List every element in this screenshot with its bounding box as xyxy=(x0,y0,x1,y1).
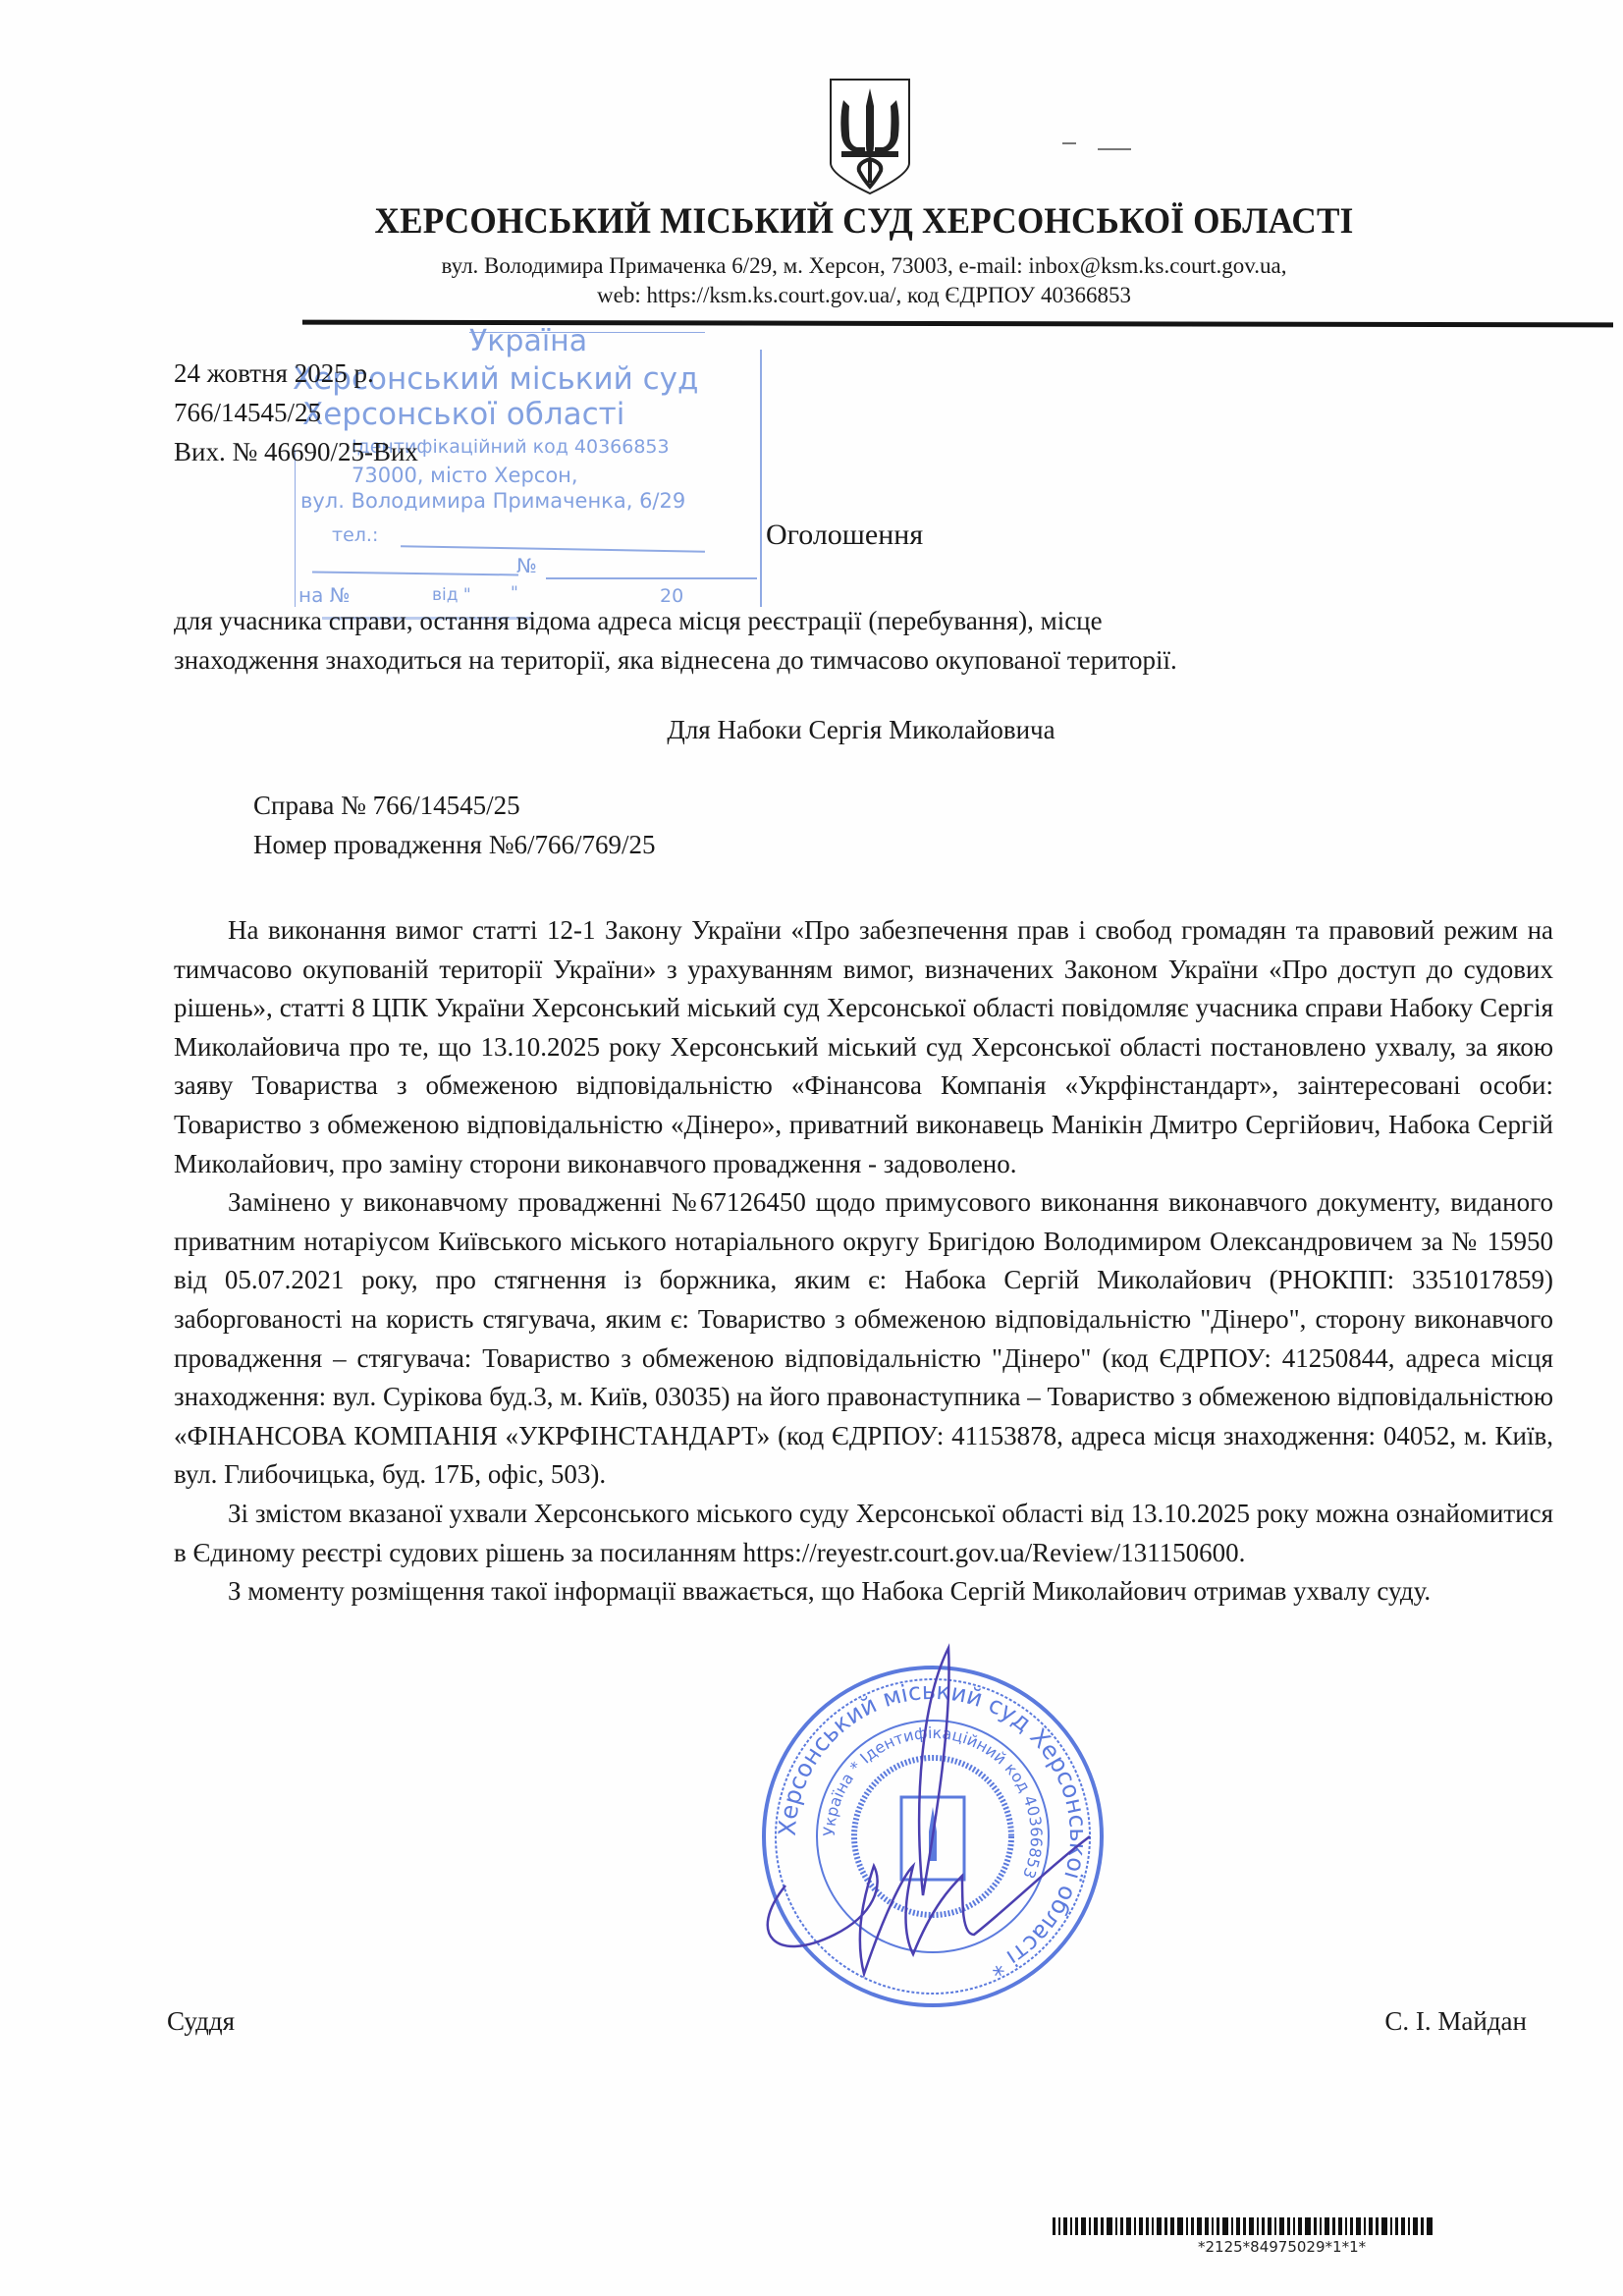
scan-mark xyxy=(1062,142,1076,144)
stamp-line: " xyxy=(511,583,518,603)
judge-name: С. І. Майдан xyxy=(1384,2006,1527,2037)
body-paragraph: З моменту розміщення такої інформації вв… xyxy=(174,1572,1553,1612)
document-barcode xyxy=(1053,2217,1573,2235)
body-paragraph: Зі змістом вказаної ухвали Херсонського … xyxy=(174,1495,1553,1572)
case-number: Справа № 766/14545/25 xyxy=(253,786,655,825)
document-meta: 24 жовтня 2025 р. 766/14545/25 Вих. № 46… xyxy=(174,354,418,471)
notice-heading: Оголошення xyxy=(766,519,923,552)
stamp-line: № xyxy=(516,554,537,577)
document-date: 24 жовтня 2025 р. xyxy=(174,354,418,393)
scan-mark xyxy=(1098,148,1131,150)
addressee: Для Набоки Сергія Миколайовича xyxy=(174,715,1548,745)
notice-intro: для учасника справи, остання відома адре… xyxy=(174,601,1450,680)
barcode-number: *2125*84975029*1*1* xyxy=(1198,2238,1366,2256)
judge-role: Суддя xyxy=(167,2006,235,2037)
court-web-and-code: web: https://ksm.ks.court.gov.ua/, код Є… xyxy=(295,283,1434,308)
coat-of-arms-icon xyxy=(828,77,912,196)
case-reference: 766/14545/25 xyxy=(174,393,418,432)
case-info: Справа № 766/14545/25 Номер провадження … xyxy=(253,786,655,864)
intro-line: для учасника справи, остання відома адре… xyxy=(174,601,1450,640)
court-address: вул. Володимира Примаченка 6/29, м. Херс… xyxy=(295,253,1434,279)
court-name: ХЕРСОНСЬКИЙ МІСЬКИЙ СУД ХЕРСОНСЬКОЇ ОБЛА… xyxy=(323,200,1405,243)
body-paragraph: Замінено у виконавчому провадженні №6712… xyxy=(174,1183,1553,1495)
stamp-line: вул. Володимира Примаченка, 6/29 xyxy=(300,489,685,513)
document-page: ХЕРСОНСЬКИЙ МІСЬКИЙ СУД ХЕРСОНСЬКОЇ ОБЛА… xyxy=(0,0,1623,2296)
intro-line: знаходження знаходиться на території, як… xyxy=(174,640,1450,680)
judge-signature xyxy=(756,1640,1109,2013)
stamp-line: тел.: xyxy=(332,524,378,546)
stamp-line: Україна xyxy=(469,324,587,358)
outgoing-number: Вих. № 46690/25-Вих xyxy=(174,432,418,471)
proceeding-number: Номер провадження №6/766/769/25 xyxy=(253,825,655,864)
notice-body: На виконання вимог статті 12-1 Закону Ук… xyxy=(174,911,1553,1612)
body-paragraph: На виконання вимог статті 12-1 Закону Ук… xyxy=(174,911,1553,1183)
